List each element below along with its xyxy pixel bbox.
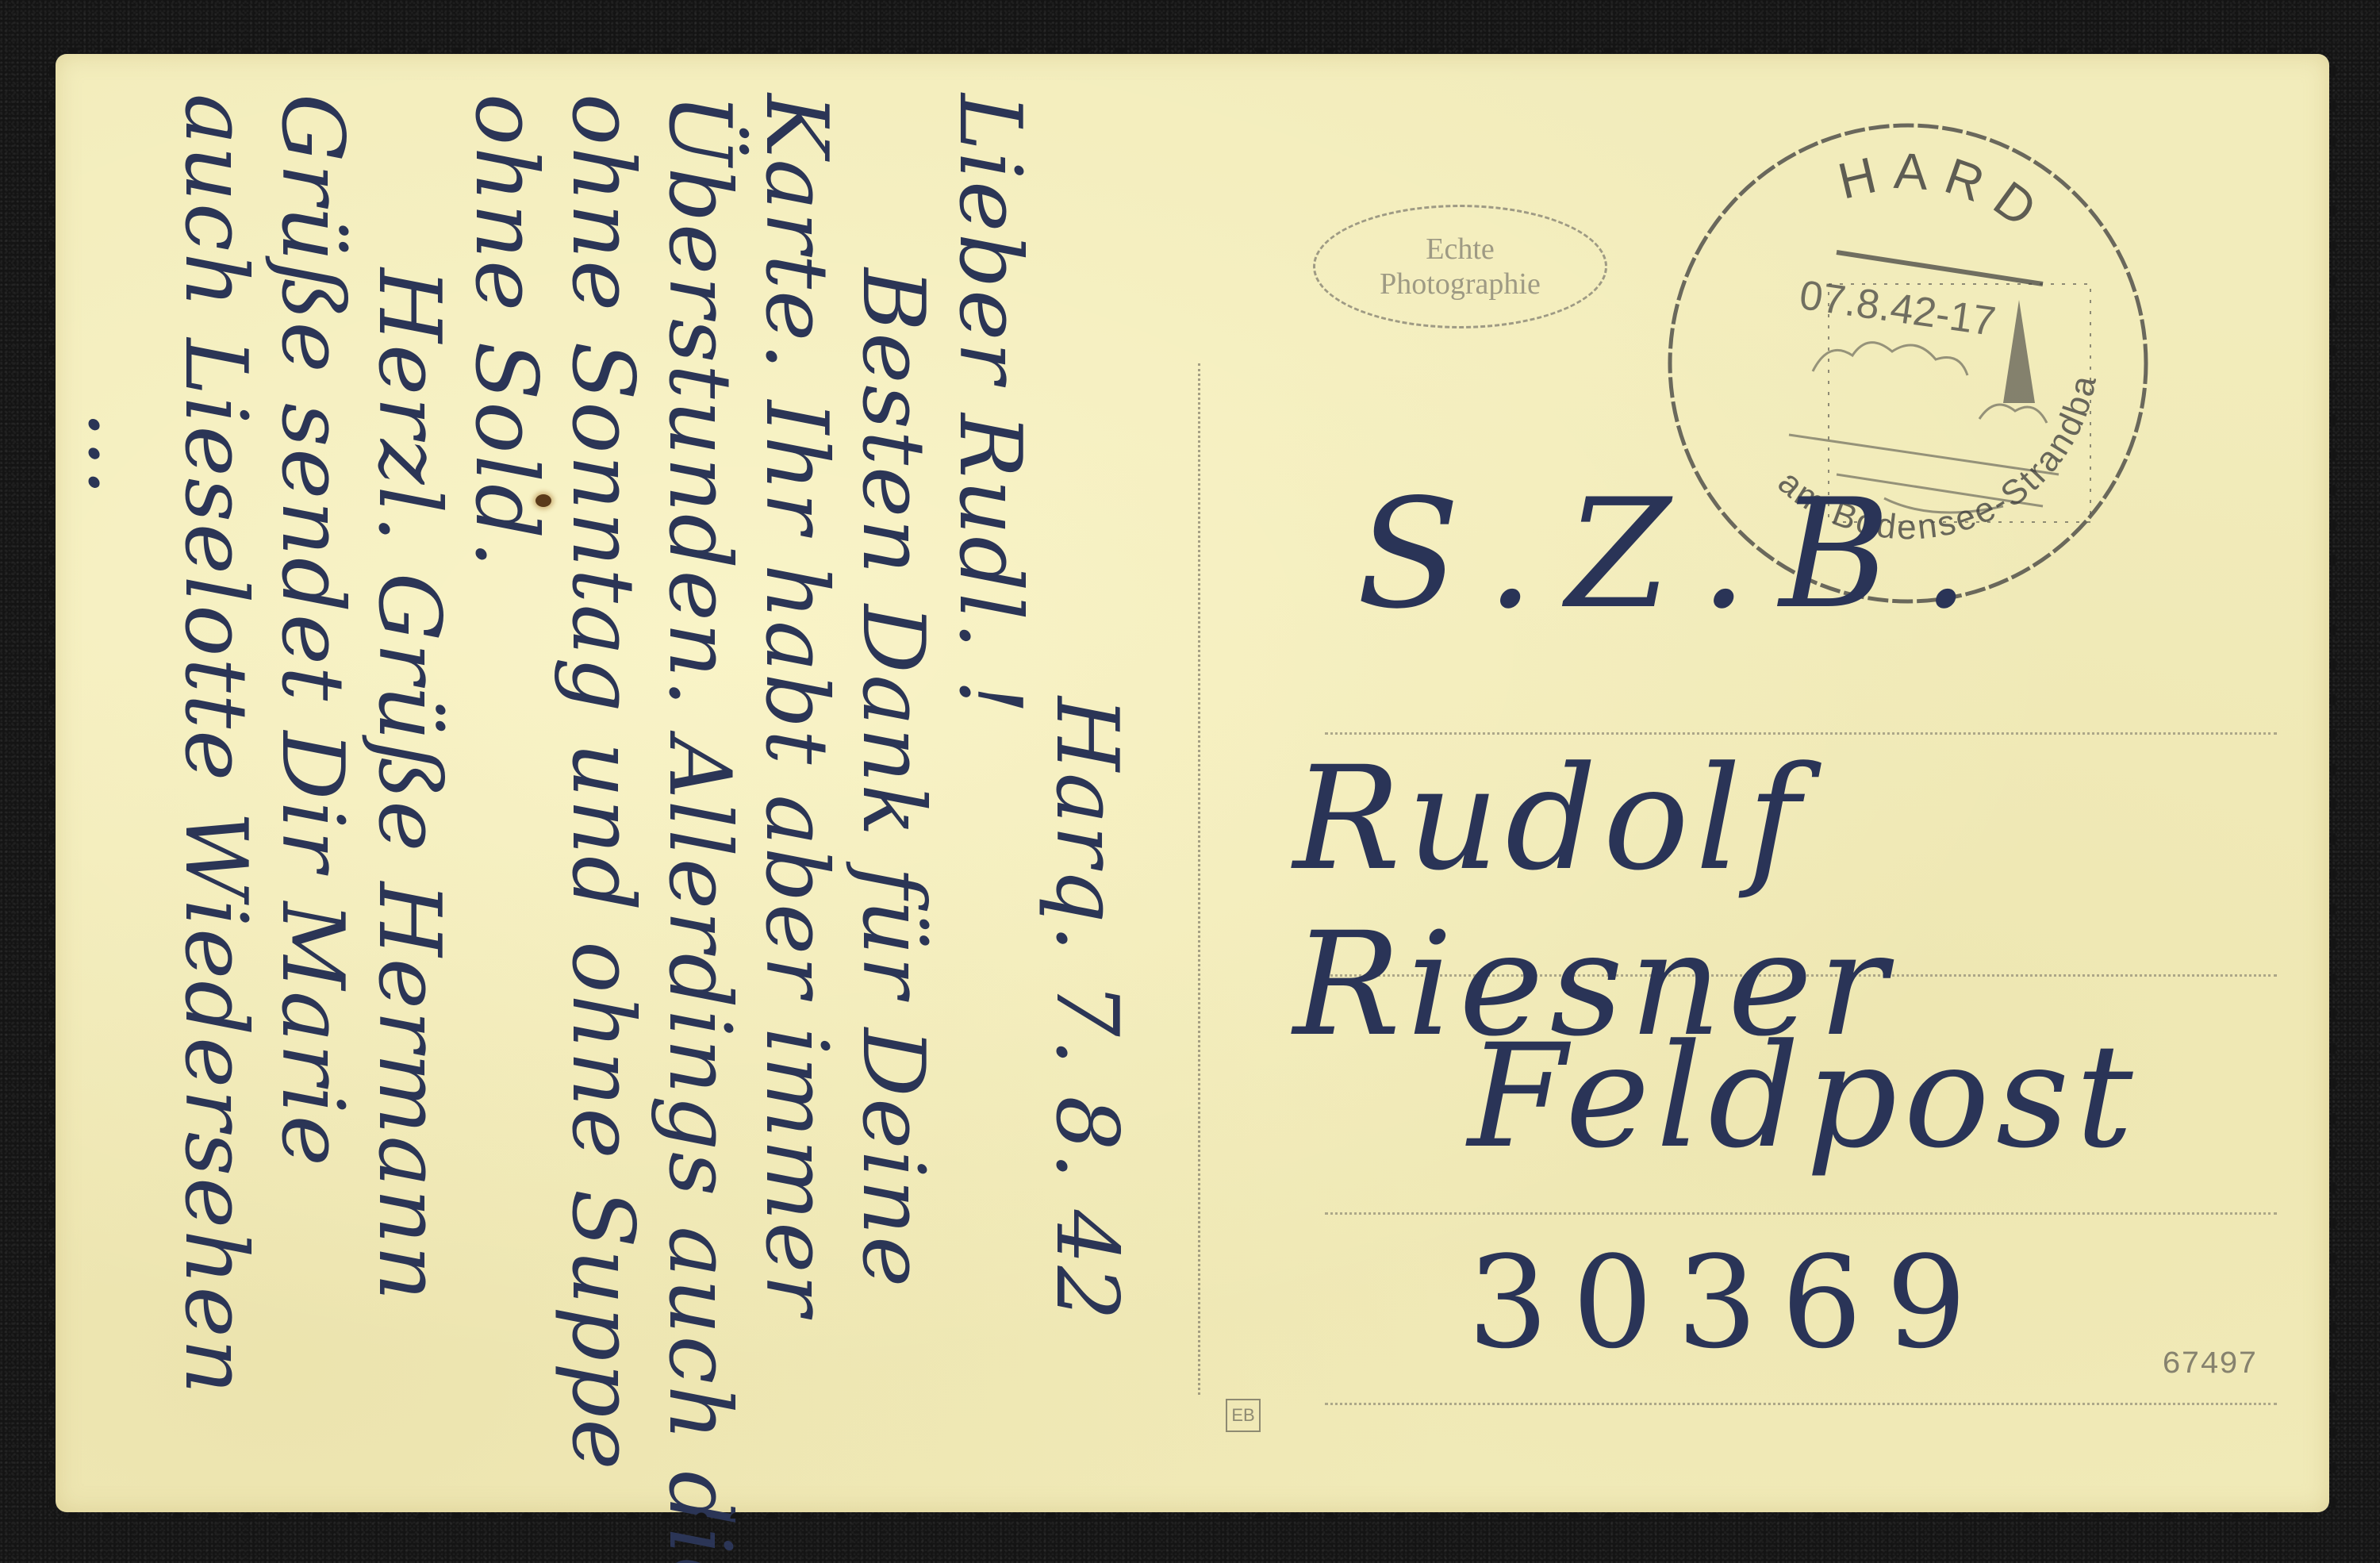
message-line: Herzl. Grüße Hermann	[360, 94, 457, 1442]
postcard: Harq. 7. 8. 42Lieber Rudl. !Besten Dank …	[56, 54, 2329, 1512]
message-line: auch Lieselotte Wiedersehen	[167, 94, 263, 1442]
address-rank: S.Z.B.	[1357, 467, 2002, 642]
message-line: ohne Sold.	[457, 94, 554, 1442]
message-line: ohne Sonntag und ohne Suppe	[554, 94, 651, 1442]
card-number: 67497	[2162, 1347, 2257, 1383]
address-fieldpost-number: 30369	[1468, 1228, 1990, 1377]
address-line-1	[1325, 732, 2277, 735]
address-line-4	[1325, 1403, 2277, 1405]
message-line: Überstunden. Allerdings auch die	[651, 94, 747, 1442]
message-address-divider	[1198, 363, 1200, 1395]
ink-stain	[535, 494, 551, 507]
photo-label-line1: Echte	[1426, 232, 1495, 267]
address-line-3	[1325, 1212, 2277, 1215]
photo-label-line2: Photographie	[1380, 267, 1541, 301]
echte-photographie-stamp: Echte Photographie	[1313, 205, 1607, 328]
message-line: ...	[70, 94, 167, 1442]
deckle-edge-left	[49, 54, 62, 1512]
message-line: Harq. 7. 8. 42	[1038, 94, 1134, 1442]
handwritten-message: Harq. 7. 8. 42Lieber Rudl. !Besten Dank …	[119, 70, 1166, 1466]
address-feldpost: Feldpost	[1468, 1014, 2140, 1180]
postmark-date: 07.8.42-17	[1797, 272, 1998, 345]
publisher-mark-icon: EB	[1226, 1399, 1261, 1432]
message-lines: Harq. 7. 8. 42Lieber Rudl. !Besten Dank …	[119, 70, 1166, 1466]
message-line: Karte. Ihr habt aber immer	[747, 94, 844, 1442]
message-line: Besten Dank für Deine	[844, 94, 941, 1442]
message-line: Grüße sendet Dir Marie	[263, 94, 360, 1442]
message-line: Lieber Rudl. !	[941, 94, 1038, 1442]
